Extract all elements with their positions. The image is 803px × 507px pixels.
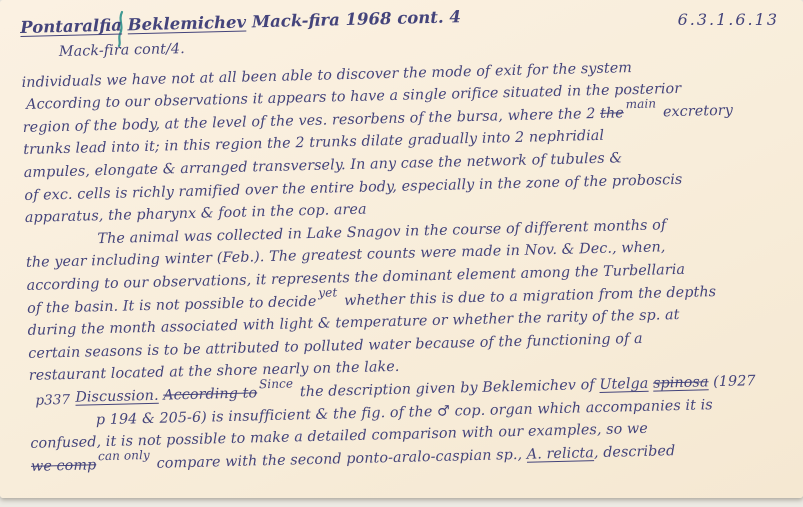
handwriting-segment: Utelga: [599, 376, 648, 393]
handwriting-segment: compare with the second ponto-aralo-casp…: [152, 446, 527, 471]
page-background: { "page": { "paper_color": "#f8edda", "i…: [0, 0, 803, 507]
handwriting-segment: we comp: [31, 457, 97, 475]
handwriting-segment: can only: [98, 444, 150, 468]
handwriting-segment: Mack-fira 1968 cont. 4: [246, 7, 461, 31]
handwriting-segment: Since: [259, 372, 294, 395]
handwriting-segment: Beklemichev: [127, 12, 246, 34]
handwriting-body: Mack-fira cont/4.individuals we have not…: [21, 23, 800, 478]
handwritten-content: Pontaralfia Beklemichev Mack-fira 1968 c…: [20, 0, 800, 478]
index-card: 6.3.1.6.13 Pontaralfia Beklemichev Mack-…: [0, 0, 803, 498]
handwriting-segment: the: [600, 105, 624, 122]
handwriting-segment: (1927: [708, 373, 755, 390]
handwriting-segment: , described: [594, 443, 676, 461]
handwriting-segment: Mack-fira cont/4.: [59, 41, 185, 60]
handwriting-segment: excretory: [658, 102, 733, 120]
handwriting-segment: main: [625, 92, 656, 115]
handwriting-segment: spinosa: [653, 374, 709, 391]
handwriting-segment: yet: [318, 281, 338, 304]
handwriting-segment: According to: [163, 385, 257, 403]
handwriting-segment: of the basin. It is not possible to deci…: [27, 293, 317, 316]
handwriting-segment: Pontaralfia: [20, 16, 122, 37]
handwriting-segment: A. relicta: [527, 445, 595, 463]
page-margin-note: p337: [35, 389, 70, 412]
handwriting-segment: Discussion.: [75, 388, 159, 406]
